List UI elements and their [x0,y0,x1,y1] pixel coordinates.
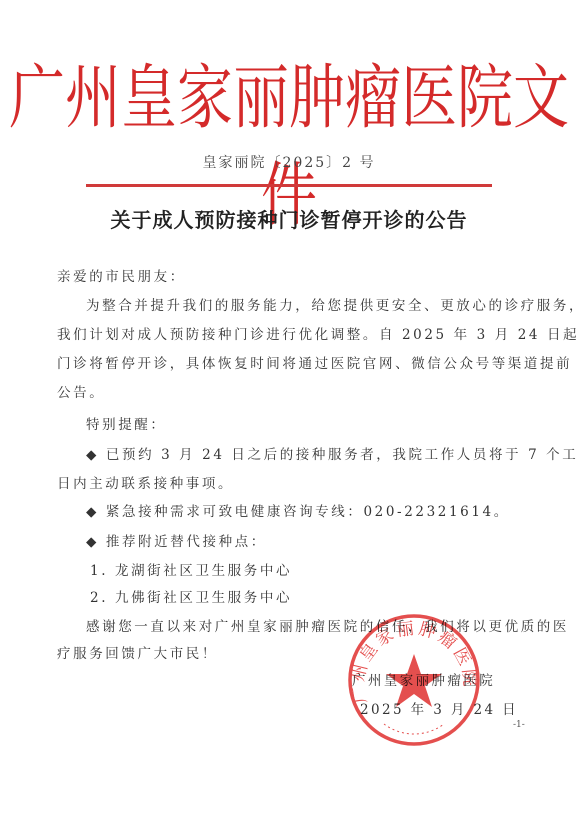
document-number: 皇家丽院〔2025〕2 号 [0,152,578,172]
bullet-item: ◆ 推荐附近替代接种点： [86,530,267,550]
bullet-item-continuation: 日内主动联系接种事项。 [57,472,234,492]
paragraph-line: 为整合并提升我们的服务能力，给您提供更安全、更放心的诊疗服务， [86,294,578,314]
page-number: -1- [513,720,525,730]
paragraph-line: 门诊将暂停开诊，具体恢复时间将通过医院官网、微信公众号等渠道提前 [57,352,572,372]
closing-line: 感谢您一直以来对广州皇家丽肿瘤医院的信任，我们将以更优质的医 [86,615,569,635]
reminder-heading: 特别提醒： [86,413,167,433]
bullet-item: ◆ 紧急接种需求可致电健康咨询专线：020-22321614。 [86,500,510,520]
notice-title: 关于成人预防接种门诊暂停开诊的公告 [0,204,578,233]
closing-line: 疗服务回馈广大市民！ [57,642,218,662]
signature-date: 2025 年 3 月 24 日 [360,698,518,718]
red-divider-rule [86,184,492,187]
signature-organization: 广州皇家丽肿瘤医院 [352,669,495,689]
greeting: 亲爱的市民朋友： [57,265,186,285]
paragraph-line: 我们计划对成人预防接种门诊进行优化调整。自 2025 年 3 月 24 日起，该 [57,323,578,343]
alternative-site-item: 2. 九佛街社区卫生服务中心 [90,586,292,606]
paragraph-line: 公告。 [57,381,105,401]
alternative-site-item: 1. 龙湖街社区卫生服务中心 [90,559,292,579]
bullet-item: ◆ 已预约 3 月 24 日之后的接种服务者，我院工作人员将于 7 个工作 [86,443,578,463]
